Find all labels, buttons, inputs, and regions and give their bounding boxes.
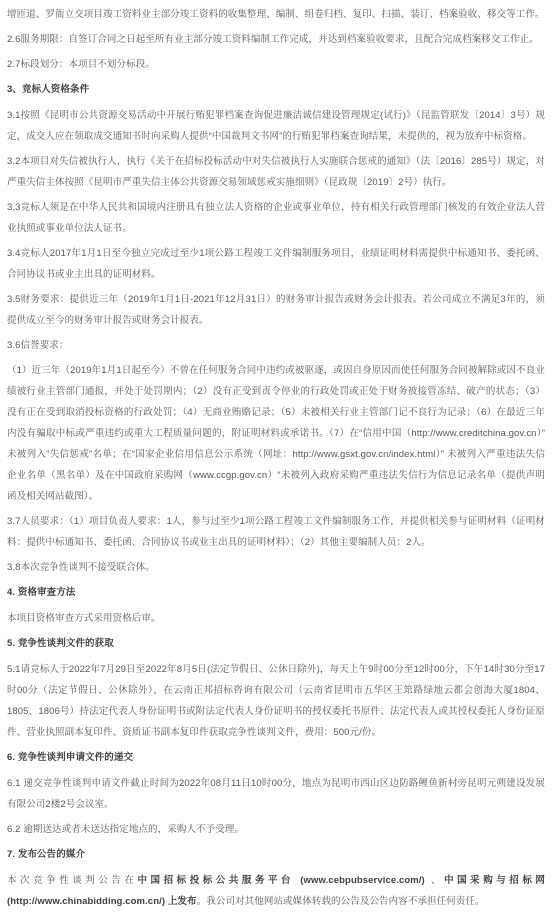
para-6-2-overdue: 6.2 逾期送达或者未送达指定地点的，采购人不予受理。 xyxy=(7,819,545,840)
para-3-2-dishonest-executee: 3.2本项目对失信被执行人，执行《关于在招标投标活动中对失信被执行人实施联合惩戒… xyxy=(7,151,545,193)
para-3-7-personnel: 3.7人员要求：（1）项目负责人要求：1人，参与过至少1项公路工程竣工文件编制服… xyxy=(7,511,545,553)
heading-7-media: 7. 发布公告的媒介 xyxy=(7,844,545,865)
para-3-6-credit-items: （1）近三年（2019年1月1日起至今）不曾在任何服务合同中违约或被驱逐，或因自… xyxy=(7,360,545,507)
para-3-8-no-consortium: 3.8本次竞争性谈判不接受联合体。 xyxy=(7,557,545,578)
para-3-1-bribery-record: 3.1按照《昆明市公共资源交易活动中开展行贿犯罪档案查询促进廉洁诚信建设管理规定… xyxy=(7,105,545,147)
heading-5-document-acquisition: 5. 竞争性谈判文件的获取 xyxy=(7,633,545,654)
text-segment: 本次竞争性谈判公告在 xyxy=(7,875,138,886)
heading-4-qualification-review: 4. 资格审查方法 xyxy=(7,582,545,603)
announcement-document: 增匝道、罗衙立交项目竣工资料业主部分竣工资料的收集整理、编制、组卷归档、复印、扫… xyxy=(0,0,553,922)
text-segment: 、 xyxy=(425,875,444,886)
para-6-1-deadline: 6.1 递交竞争性谈判申请文件截止时间为2022年08月11日10时00分，地点… xyxy=(7,773,545,815)
heading-6-submission: 6. 竞争性谈判申请文件的递交 xyxy=(7,747,545,768)
para-5-1-acquisition: 5.1请竞标人于2022年7月29日至2022年8月5日(法定节假日、公休日除外… xyxy=(7,659,545,743)
text-segment: 。我公司对其他网站或媒体转载的公告及公告内容不承担任何责任。 xyxy=(197,896,485,907)
para-3-4-performance: 3.4竞标人2017年1月1日至今独立完成过至少1项公路工程竣工文件编制服务项目… xyxy=(7,243,545,285)
heading-3-bidder-qualification: 3、竞标人资格条件 xyxy=(7,79,545,100)
para-scope-continuation: 增匝道、罗衙立交项目竣工资料业主部分竣工资料的收集整理、编制、组卷归档、复印、扫… xyxy=(7,4,545,25)
para-2-6-service-period: 2.6服务期限：自签订合同之日起至所有业主部分竣工资料编制工作完成，并达到档案验… xyxy=(7,29,545,50)
para-3-6-credit-title: 3.6信誉要求： xyxy=(7,335,545,356)
bold-text-segment: 中国招标投标公共服务平台 (www.cebpubservice.com/) xyxy=(138,875,425,886)
para-3-3-legal-entity: 3.3竞标人须是在中华人民共和国境内注册具有独立法人资格的企业或事业单位，持有相… xyxy=(7,197,545,239)
para-2-7-section-division: 2.7标段划分：本项目不划分标段。 xyxy=(7,54,545,75)
para-4-post-review: 本项目资格审查方式采用资格后审。 xyxy=(7,608,545,629)
para-7-media-announcement: 本次竞争性谈判公告在中国招标投标公共服务平台 (www.cebpubservic… xyxy=(7,870,545,912)
para-3-5-financial: 3.5财务要求：提供近三年（2019年1月1日-2021年12月31日）的财务审… xyxy=(7,289,545,331)
